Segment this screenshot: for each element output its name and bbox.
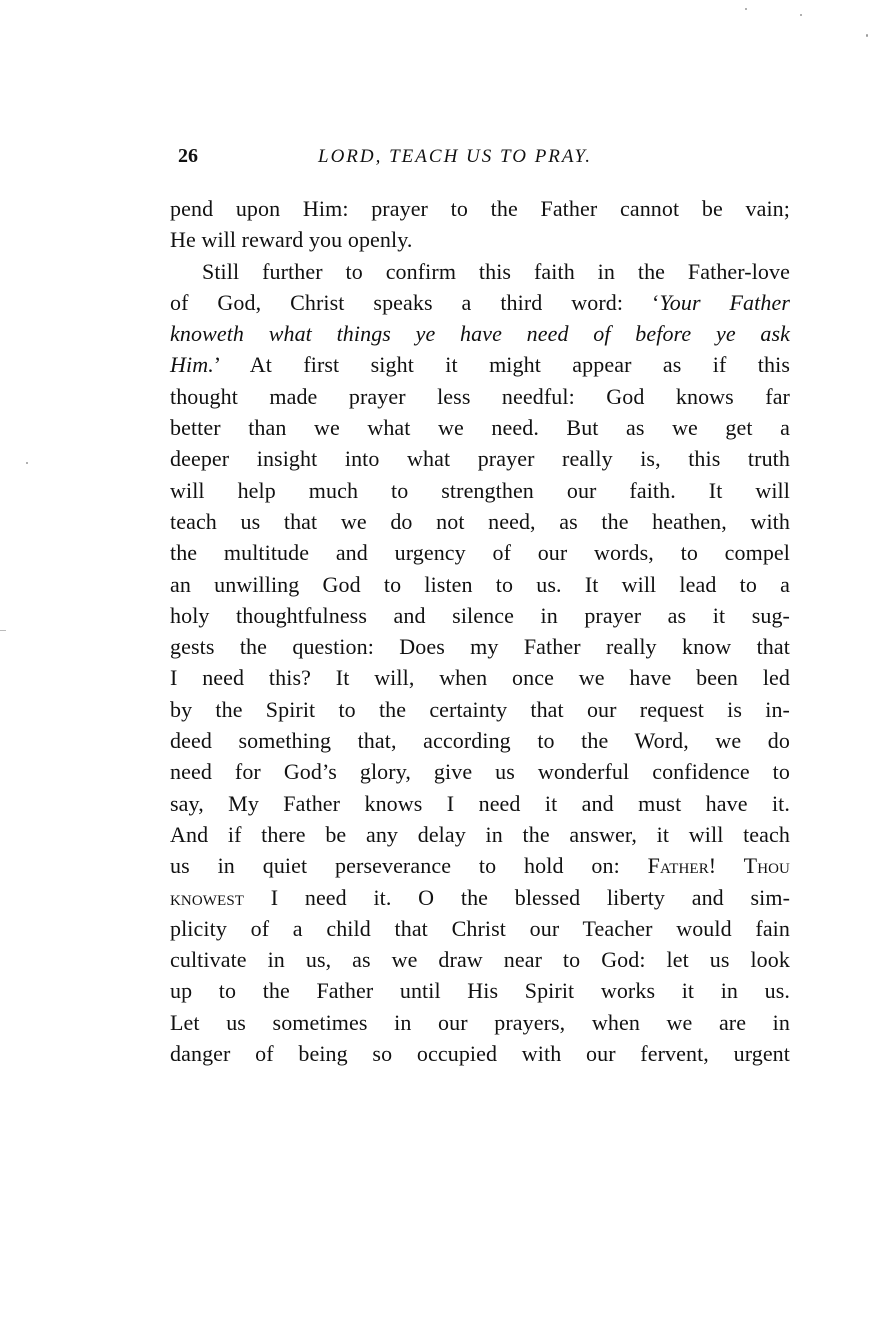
text-line: deeper insight into what prayer really i… [170, 443, 790, 474]
text-line: danger of being so occupied with our fer… [170, 1038, 790, 1069]
text-line: teach us that we do not need, as the hea… [170, 506, 790, 537]
line-text: us in quiet perseverance to hold on: [170, 853, 648, 878]
text-line: plicity of a child that Christ our Teach… [170, 913, 790, 944]
small-caps-phrase: Father! Thou [648, 853, 790, 878]
text-line: better than we what we need. But as we g… [170, 412, 790, 443]
text-line: of God, Christ speaks a third word: ‘You… [170, 287, 790, 318]
text-line: I need this? It will, when once we have … [170, 662, 790, 693]
text-line: by the Spirit to the certainty that our … [170, 694, 790, 725]
text-line: holy thoughtfulness and silence in praye… [170, 600, 790, 631]
scripture-quote: Your Father [659, 290, 790, 315]
small-caps-phrase: knowest [170, 885, 244, 910]
text-line: gests the question: Does my Father reall… [170, 631, 790, 662]
text-line: And if there be any delay in the answer,… [170, 819, 790, 850]
line-text: of God, Christ speaks a third word: ‘ [170, 290, 659, 315]
text-line: need for God’s glory, give us wonderful … [170, 756, 790, 787]
text-line: say, My Father knows I need it and must … [170, 788, 790, 819]
scripture-quote-line: knoweth what things ye have need of befo… [170, 318, 790, 349]
text-line: Let us sometimes in our prayers, when we… [170, 1007, 790, 1038]
text-line: up to the Father until His Spirit works … [170, 975, 790, 1006]
running-head: LORD, TEACH US TO PRAY. [318, 146, 592, 168]
scan-speck [0, 630, 6, 631]
text-line: cultivate in us, as we draw near to God:… [170, 944, 790, 975]
body-text: pend upon Him: prayer to the Father cann… [170, 193, 790, 1069]
text-line: will help much to strengthen our faith. … [170, 475, 790, 506]
scan-speck [800, 14, 802, 16]
text-line: knowest I need it. O the blessed liberty… [170, 882, 790, 913]
text-line: pend upon Him: prayer to the Father cann… [170, 193, 790, 224]
text-line: Him.’ At first sight it might appear as … [170, 349, 790, 380]
scripture-quote: Him. [170, 352, 214, 377]
page-number: 26 [178, 145, 198, 168]
text-line: us in quiet perseverance to hold on: Fat… [170, 850, 790, 881]
text-line: He will reward you openly. [170, 224, 790, 255]
text-line: thought made prayer less needful: God kn… [170, 381, 790, 412]
scan-speck [866, 34, 868, 37]
paragraph-start-line: Still further to confirm this faith in t… [170, 256, 790, 287]
scan-speck [26, 462, 28, 464]
line-text: I need it. O the blessed liberty and sim… [244, 885, 790, 910]
text-line: the multitude and urgency of our words, … [170, 537, 790, 568]
scan-speck [745, 8, 747, 10]
line-text: ’ At first sight it might appear as if t… [214, 352, 790, 377]
text-line: deed something that, according to the Wo… [170, 725, 790, 756]
text-line: an unwilling God to listen to us. It wil… [170, 569, 790, 600]
